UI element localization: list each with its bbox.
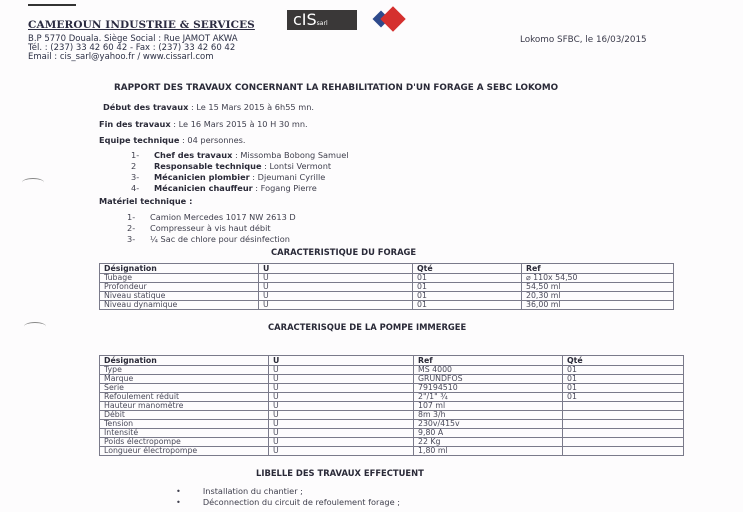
works-item: •Installation du chantier ; (176, 486, 303, 496)
member-name: : Djeumani Cyrille (250, 172, 326, 182)
logo-box: cISsarl (287, 10, 357, 30)
table-cell: U (259, 283, 413, 292)
list-number: 1- (131, 150, 154, 160)
list-number: 2- (127, 223, 150, 233)
equipment-label-text: Matériel technique : (99, 196, 192, 206)
start-date-line: Début des travaux : Le 15 Mars 2015 à 6h… (103, 102, 314, 112)
equipment-text: Camion Mercedes 1017 NW 2613 D (150, 212, 296, 222)
table-row: MarqueUGRUNDFOS01 (100, 375, 684, 384)
equipment-text: ¼ Sac de chlore pour désinfection (150, 234, 290, 244)
table-row: Niveau dynamiqueU0136,00 ml (100, 301, 674, 310)
list-number: 3- (131, 172, 154, 182)
team-member: 4-Mécanicien chauffeur : Fogang Pierre (131, 183, 317, 193)
place-date: Lokomo SFBC, le 16/03/2015 (520, 35, 647, 45)
table-cell (563, 411, 684, 420)
member-name: : Lontsi Vermont (262, 161, 332, 171)
column-header: Ref (414, 356, 563, 366)
table-row: Longueur électropompeU1,80 ml (100, 447, 684, 456)
member-role: Mécanicien chauffeur (154, 183, 253, 193)
equipment-text: Compresseur à vis haut débit (150, 223, 271, 233)
report-title: RAPPORT DES TRAVAUX CONCERNANT LA REHABI… (114, 83, 558, 93)
member-role: Chef des travaux (154, 150, 232, 160)
team-member: 2Responsable technique : Lontsi Vermont (131, 161, 331, 171)
table-cell: Marque (100, 375, 269, 384)
table-cell: U (269, 429, 414, 438)
works-title: LIBELLE DES TRAVAUX EFFECTUENT (256, 468, 424, 478)
member-name: : Fogang Pierre (253, 183, 317, 193)
punch-hole-mark (22, 178, 44, 187)
end-label: Fin des travaux (99, 119, 171, 129)
list-number: 2 (131, 161, 154, 171)
table-cell: 36,00 ml (522, 301, 674, 310)
table-cell: 01 (563, 366, 684, 375)
logo-red-diamond-icon (380, 6, 405, 31)
table-cell: U (269, 402, 414, 411)
team-label: Equipe technique (99, 135, 179, 145)
table-row: Refoulement réduitU2"/1" ¾01 (100, 393, 684, 402)
end-date-line: Fin des travaux : Le 16 Mars 2015 à 10 H… (99, 119, 308, 129)
table-row: ProfondeurU0154,50 ml (100, 283, 674, 292)
equipment-item: 3-¼ Sac de chlore pour désinfection (127, 234, 290, 244)
team-member: 3-Mécanicien plombier : Djeumani Cyrille (131, 172, 325, 182)
works-text: Installation du chantier ; (203, 486, 303, 496)
table-cell: U (259, 274, 413, 283)
logo-text: cIS (293, 10, 317, 29)
table-row: SerieU7919451001 (100, 384, 684, 393)
list-number: 4- (131, 183, 154, 193)
table-cell: U (259, 301, 413, 310)
table-cell: 1,80 ml (414, 447, 563, 456)
member-name: : Missomba Bobong Samuel (232, 150, 348, 160)
equipment-label: Matériel technique : (99, 196, 192, 206)
table-cell: 01 (563, 384, 684, 393)
table-row: TubageU01⌀ 110x 54,50 (100, 274, 674, 283)
table-cell: U (269, 411, 414, 420)
column-header: Désignation (100, 264, 259, 274)
company-logo: cISsarl (287, 10, 418, 30)
bullet-icon: • (176, 497, 181, 507)
table-cell: 01 (413, 292, 522, 301)
table-cell: Longueur électropompe (100, 447, 269, 456)
table-cell: 01 (413, 301, 522, 310)
equipment-item: 1-Camion Mercedes 1017 NW 2613 D (127, 212, 296, 222)
table-cell: U (269, 393, 414, 402)
table-cell: U (269, 375, 414, 384)
column-header: U (269, 356, 414, 366)
pump-title: CARACTERISQUE DE LA POMPE IMMERGEE (268, 322, 466, 332)
punch-hole-mark (24, 322, 46, 331)
bullet-icon: • (176, 486, 181, 496)
table-cell: U (269, 420, 414, 429)
table-cell: 01 (563, 393, 684, 402)
table-row: Niveau statiqueU0120,30 ml (100, 292, 674, 301)
table-row: Hauteur manomètreU107 ml (100, 402, 684, 411)
list-number: 3- (127, 234, 150, 244)
forage-table: DésignationUQtéRef TubageU01⌀ 110x 54,50… (99, 263, 674, 310)
start-value: : Le 15 Mars 2015 à 6h55 mn. (188, 102, 314, 112)
table-cell: Niveau dynamique (100, 301, 259, 310)
column-header: U (259, 264, 413, 274)
table-row: DébitU8m 3/h (100, 411, 684, 420)
works-item: •Déconnection du circuit de refoulement … (176, 497, 400, 507)
table-cell: 01 (563, 375, 684, 384)
pump-table: DésignationURefQté TypeUMS 400001MarqueU… (99, 355, 684, 456)
logo-suffix: sarl (317, 20, 328, 27)
works-text: Déconnection du circuit de refoulement f… (203, 497, 400, 507)
table-cell (563, 402, 684, 411)
forage-title: CARACTERISTIQUE DU FORAGE (271, 247, 416, 257)
table-row: IntensitéU9,80 A (100, 429, 684, 438)
table-row: TypeUMS 400001 (100, 366, 684, 375)
member-role: Responsable technique (154, 161, 262, 171)
scan-line-mark (28, 4, 76, 6)
table-cell: 01 (413, 283, 522, 292)
table-cell (563, 438, 684, 447)
team-value: : 04 personnes. (179, 135, 245, 145)
team-member: 1-Chef des travaux : Missomba Bobong Sam… (131, 150, 349, 160)
table-cell: U (269, 384, 414, 393)
table-cell: U (259, 292, 413, 301)
equipment-item: 2-Compresseur à vis haut débit (127, 223, 271, 233)
start-label: Début des travaux (103, 102, 188, 112)
table-cell: U (269, 447, 414, 456)
end-value: : Le 16 Mars 2015 à 10 H 30 mn. (171, 119, 308, 129)
table-cell: 01 (413, 274, 522, 283)
table-cell (563, 420, 684, 429)
team-line: Equipe technique : 04 personnes. (99, 135, 246, 145)
table-row: TensionU230v/415v (100, 420, 684, 429)
column-header: Ref (522, 264, 674, 274)
column-header: Qté (563, 356, 684, 366)
table-cell: U (269, 438, 414, 447)
column-header: Désignation (100, 356, 269, 366)
email-line: Email : cis_sarl@yahoo.fr / www.cissarl.… (28, 52, 213, 62)
table-cell (563, 429, 684, 438)
column-header: Qté (413, 264, 522, 274)
table-cell (563, 447, 684, 456)
list-number: 1- (127, 212, 150, 222)
table-cell: U (269, 366, 414, 375)
company-name: CAMEROUN INDUSTRIE & SERVICES (28, 19, 255, 31)
member-role: Mécanicien plombier (154, 172, 250, 182)
